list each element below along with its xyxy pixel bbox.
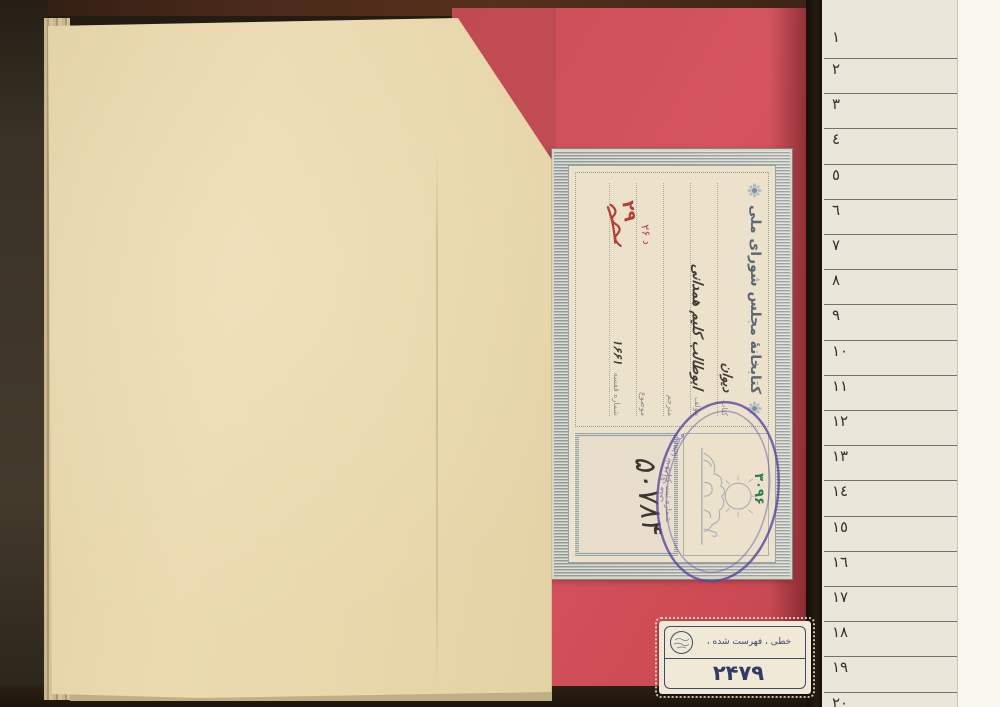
- field-label: کتاب: [718, 400, 729, 416]
- ruler-line: [824, 269, 957, 270]
- seal-circle-icon: [670, 631, 693, 654]
- ruler-numeral: ٩: [832, 308, 840, 323]
- ruler-numeral: ١٨: [832, 625, 848, 640]
- catalog-status-text: خطی ، فهرست شده ،: [698, 637, 800, 647]
- ruler-line: [824, 164, 957, 165]
- blank-manuscript-page: [40, 10, 552, 702]
- rosette-icon: [748, 401, 763, 416]
- ruler-numeral: ١: [832, 30, 840, 45]
- ruler-line: [824, 128, 957, 129]
- field-label: موضوع: [637, 392, 648, 416]
- green-ink-number: ۳۰۹۶: [748, 435, 766, 543]
- ruler-numeral: ٨: [832, 273, 840, 288]
- field-row-translator: مترجم: [663, 183, 690, 416]
- ruler-numeral: ٣: [832, 97, 840, 112]
- ruler-line: [824, 480, 957, 481]
- field-value-handwritten: ابوطالب کلیم همدانی: [688, 263, 705, 390]
- catalog-stamp-label: خطی ، فهرست شده ، ۲۴۷۹: [659, 621, 811, 694]
- field-label: شماره قفسه: [610, 372, 621, 416]
- library-title: کتابخانهٔ مجلس شورای ملی: [747, 205, 763, 394]
- ruler-numeral: ١٤: [832, 484, 848, 499]
- ruler-line: [824, 375, 957, 376]
- field-value-handwritten: دیوان: [718, 362, 734, 393]
- page-crease: [436, 145, 438, 690]
- ruler-line: [824, 58, 957, 59]
- bookplate-header: کتابخانهٔ مجلس شورای ملی: [744, 183, 765, 416]
- field-label: مؤلف: [691, 397, 702, 416]
- ruler-numeral: ١٩: [832, 660, 848, 675]
- ruler-line: [824, 621, 957, 622]
- catalog-label-frame: خطی ، فهرست شده ، ۲۴۷۹: [664, 626, 806, 689]
- registration-box: شماره ثبت کتاب ۵۰۷۸۴: [575, 433, 678, 556]
- ruler-line: [824, 410, 957, 411]
- ruler-numeral: ١٦: [832, 555, 848, 570]
- ruler-numeral: ١١: [832, 379, 848, 394]
- ruler-line: [824, 304, 957, 305]
- ruler-numeral: ٤: [832, 132, 840, 147]
- ruler-line: [824, 516, 957, 517]
- ruler-line: [824, 199, 957, 200]
- ruler-numeral: ١٧: [832, 590, 848, 605]
- bookplate-main-box: کتابخانهٔ مجلس شورای ملی: [575, 172, 769, 427]
- ruler-line: [824, 692, 957, 693]
- field-row-author: مؤلف ابوطالب کلیم همدانی: [690, 183, 717, 416]
- catalog-number: ۲۴۷۹: [706, 661, 764, 685]
- ruler-numeral: ١٥: [832, 520, 848, 535]
- ruler-numeral: ٧: [832, 238, 840, 253]
- field-label: مترجم: [664, 395, 675, 416]
- ruler-line: [824, 656, 957, 657]
- ruler-line: [824, 445, 957, 446]
- ruler-white-edge: [957, 0, 1000, 707]
- book-cover-left-edge: [0, 0, 48, 707]
- ruler-numeral: ٦: [832, 203, 840, 218]
- red-ink-annotation: د ۲۶ ۲۹: [601, 198, 652, 249]
- ruler-numeral: ١٣: [832, 449, 848, 464]
- catalog-label-bottom-row: ۲۴۷۹: [665, 659, 805, 688]
- measuring-ruler-strip: ١٢٣٤٥٦٧٨٩١٠١١١٢١٣١٤١٥١٦١٧١٨١٩٢٠: [822, 0, 1000, 707]
- bookplate-inner: کتابخانهٔ مجلس شورای ملی: [569, 166, 775, 562]
- ruler-numeral: ٢: [832, 62, 840, 77]
- ruler-line: [824, 93, 957, 94]
- ruler-numeral: ١٢: [832, 414, 848, 429]
- field-row-book: کتاب دیوان: [717, 183, 744, 416]
- ruler-line: [824, 234, 957, 235]
- ruler-line: [824, 340, 957, 341]
- ruler-numeral: ٥: [832, 168, 840, 183]
- ruler-numeral: ١٠: [832, 344, 848, 359]
- ruler-line: [824, 586, 957, 587]
- bookplate-side-column: شماره ثبت کتاب ۵۰۷۸۴: [575, 433, 769, 556]
- rosette-icon: [748, 183, 763, 198]
- ruler-numeral: ٢٠: [832, 696, 848, 707]
- manuscript-scan: کتابخانهٔ مجلس شورای ملی: [0, 0, 1000, 707]
- ruler-line: [824, 551, 957, 552]
- catalog-label-top-row: خطی ، فهرست شده ،: [665, 627, 805, 659]
- field-value-handwritten: ۱۶۶۱: [610, 338, 625, 365]
